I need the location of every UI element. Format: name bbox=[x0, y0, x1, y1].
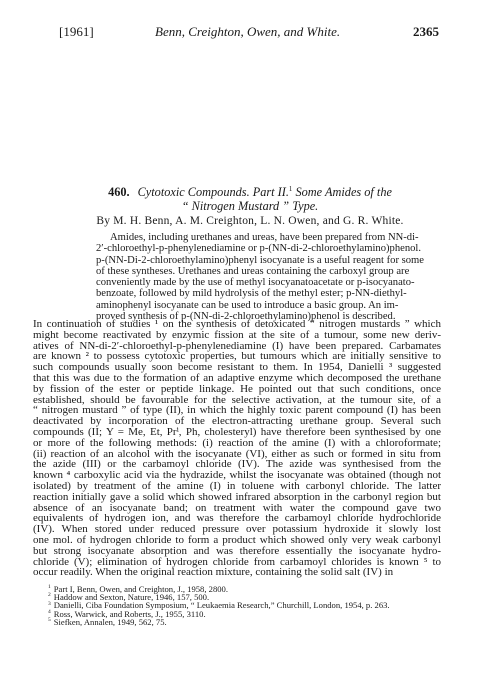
abstract-line: p-(NN-Di-2-chloroethylamino)phenyl isocy… bbox=[96, 255, 378, 266]
body-line: by fission of the ester or peptide linka… bbox=[33, 384, 441, 395]
body-line: might become reactivated by enzymic fiss… bbox=[33, 330, 441, 341]
abstract-line: Amides, including urethanes and ureas, h… bbox=[96, 232, 378, 243]
byline: By M. H. Benn, A. M. Creighton, L. N. Ow… bbox=[0, 215, 500, 227]
abstract-line: 2′-chloroethyl-p-phenylenediamine or p-(… bbox=[96, 243, 378, 254]
footnote-marker: 2 bbox=[48, 592, 51, 598]
abstract-line: of these syntheses. Urethanes and ureas … bbox=[96, 266, 378, 277]
abstract: Amides, including urethanes and ureas, h… bbox=[96, 232, 378, 322]
running-head: [1961] Benn, Creighton, Owen, and White.… bbox=[0, 24, 500, 40]
abstract-line: aminophenyl isocyanate can be used to in… bbox=[96, 300, 378, 311]
footnote-marker: 1 bbox=[48, 584, 51, 590]
body-line: but strong isocyanate absorption and was… bbox=[33, 546, 441, 557]
body-line: or more of the following methods: (i) re… bbox=[33, 438, 441, 449]
footnote-marker: 4 bbox=[48, 609, 51, 615]
journal-year: [1961] bbox=[59, 24, 94, 40]
title-line-1-continued: Some Amides of the bbox=[292, 185, 392, 199]
body-line: occur readily. When the original reactio… bbox=[33, 567, 441, 578]
body-text: In continuation of studies ¹ on the synt… bbox=[33, 319, 441, 578]
footnote-marker: 3 bbox=[48, 601, 51, 607]
title-line-1: Cytotoxic Compounds. Part II. bbox=[138, 185, 289, 199]
abstract-line: conveniently made by the use of methyl i… bbox=[96, 277, 378, 288]
title-line-2: “ Nitrogen Mustard ” Type. bbox=[0, 200, 500, 214]
footnote-text: Siefken, Annalen, 1949, 562, 75. bbox=[54, 617, 167, 627]
article-title: 460.Cytotoxic Compounds. Part II.1 Some … bbox=[0, 183, 500, 213]
abstract-line: benzoate, followed by mild hydrolysis of… bbox=[96, 288, 378, 299]
footnotes: 1Part I, Benn, Owen, and Creighton, J., … bbox=[48, 585, 448, 626]
article-number: 460. bbox=[108, 185, 130, 199]
footnote: 5Siefken, Annalen, 1949, 562, 75. bbox=[48, 618, 448, 626]
body-line: reaction initially gave a solid which sh… bbox=[33, 492, 441, 503]
running-head-authors: Benn, Creighton, Owen, and White. bbox=[155, 24, 340, 40]
footnote-marker: 5 bbox=[48, 617, 51, 623]
page-number: 2365 bbox=[413, 24, 439, 40]
